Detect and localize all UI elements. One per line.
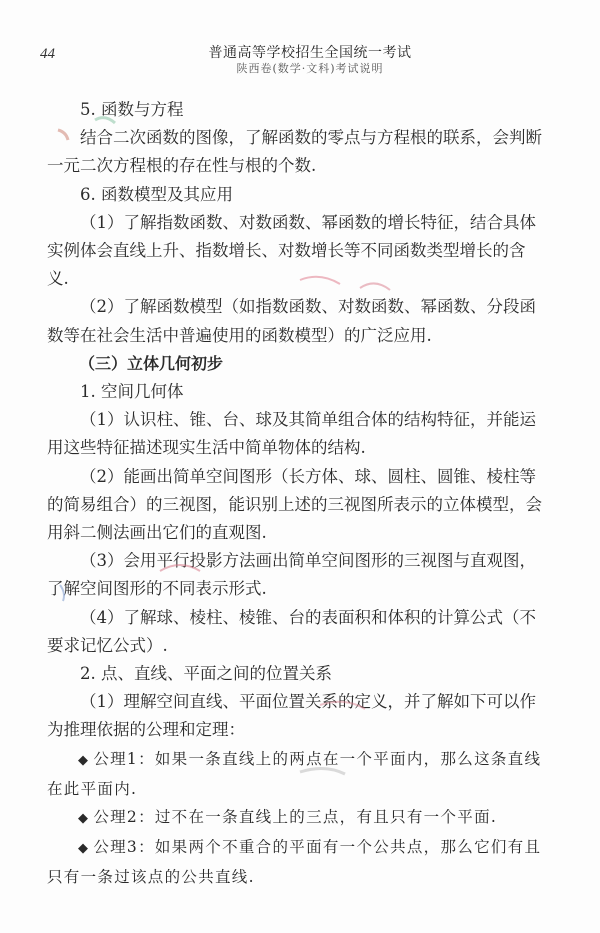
page-content: 5. 函数与方程 结合二次函数的图像，了解函数的零点与方程根的联系，会判断一元二… xyxy=(47,96,547,892)
diamond-bullet-icon: ◆ xyxy=(78,841,89,856)
paragraph: 结合二次函数的图像，了解函数的零点与方程根的联系，会判断一元二次方程根的存在性与… xyxy=(47,124,547,180)
section-heading-6: 6. 函数模型及其应用 xyxy=(47,181,547,209)
paragraph: （1）认识柱、锥、台、球及其简单组合体的结构特征，并能运用这些特征描述现实生活中… xyxy=(47,406,547,462)
paragraph: （2）了解函数模型（如指数函数、对数函数、幂函数、分段函数等在社会生活中普遍使用… xyxy=(47,293,547,349)
paragraph: （1）理解空间直线、平面位置关系的定义，并了解如下可以作为推理依据的公理和定理： xyxy=(47,688,547,744)
paragraph: （3）会用平行投影方法画出简单空间图形的三视图与直观图，了解空间图形的不同表示形… xyxy=(47,547,547,603)
section-heading-5: 5. 函数与方程 xyxy=(47,96,547,124)
paragraph: （2）能画出简单空间图形（长方体、球、圆柱、圆锥、棱柱等的简易组合）的三视图，能… xyxy=(47,463,547,548)
paragraph: （1）了解指数函数、对数函数、幂函数的增长特征，结合具体实例体会直线上升、指数增… xyxy=(47,209,547,294)
header-subtitle: 陕西卷(数学·文科)考试说明 xyxy=(20,62,600,75)
diamond-bullet-icon: ◆ xyxy=(78,811,89,826)
axiom-item: ◆公理3：如果两个不重合的平面有一个公共点，那么它们有且只有一条过该点的公共直线… xyxy=(47,833,547,891)
axiom-item: ◆公理1：如果一条直线上的两点在一个平面内，那么这条直线在此平面内. xyxy=(47,745,547,803)
header-title: 普通高等学校招生全国统一考试 xyxy=(20,44,600,62)
diamond-bullet-icon: ◆ xyxy=(78,753,89,768)
subsection-heading: 2. 点、直线、平面之间的位置关系 xyxy=(47,660,547,688)
axiom-item: ◆公理2：过不在一条直线上的三点，有且只有一个平面. xyxy=(47,803,547,833)
subsection-heading: 1. 空间几何体 xyxy=(47,378,547,406)
axiom-text: 公理1：如果一条直线上的两点在一个平面内，那么这条直线在此平面内. xyxy=(47,750,541,798)
axiom-text: 公理3：如果两个不重合的平面有一个公共点，那么它们有且只有一条过该点的公共直线. xyxy=(47,838,541,886)
running-header: 普通高等学校招生全国统一考试 陕西卷(数学·文科)考试说明 xyxy=(0,44,600,75)
axiom-text: 公理2：过不在一条直线上的三点，有且只有一个平面. xyxy=(93,808,497,826)
paragraph: （4）了解球、棱柱、棱锥、台的表面积和体积的计算公式（不要求记忆公式）. xyxy=(47,604,547,660)
part-heading: （三）立体几何初步 xyxy=(47,350,547,378)
